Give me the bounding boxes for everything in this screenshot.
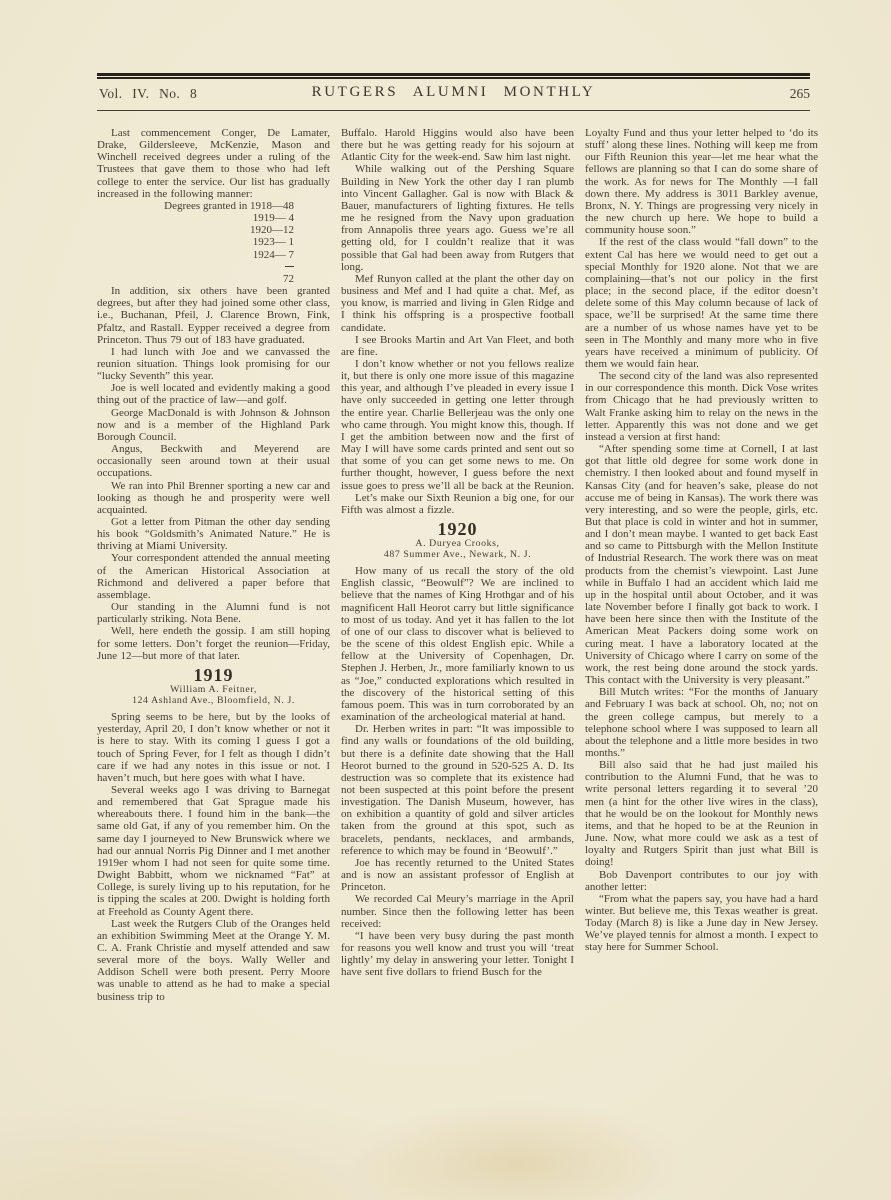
degrees-row: 1923— 1 bbox=[97, 236, 294, 248]
degrees-row: 1920—12 bbox=[97, 224, 294, 236]
paragraph: Joe has recently returned to the United … bbox=[341, 857, 574, 893]
paragraph: Bill also said that he had just mailed h… bbox=[585, 759, 818, 868]
sum-rule bbox=[285, 266, 294, 267]
journal-title: RUTGERS ALUMNI MONTHLY bbox=[97, 84, 810, 101]
column-middle: Buffalo. Harold Higgins would also have … bbox=[341, 127, 574, 1003]
paragraph: Joe is well located and evidently making… bbox=[97, 382, 330, 406]
byline-address: 487 Summer Ave., Newark, N. J. bbox=[341, 549, 574, 560]
paragraph: Last commencement Conger, De Lamater, Dr… bbox=[97, 127, 330, 200]
paragraph: We ran into Phil Brenner sporting a new … bbox=[97, 480, 330, 516]
class-1920-heading: 1920 bbox=[341, 523, 574, 535]
page-header: Vol. IV. No. 8 RUTGERS ALUMNI MONTHLY 26… bbox=[97, 84, 810, 106]
degrees-granted-list: Degrees granted in 1918—48 1919— 4 1920—… bbox=[97, 200, 294, 285]
three-column-text: Last commencement Conger, De Lamater, Dr… bbox=[97, 127, 819, 1003]
column-right: Loyalty Fund and thus your letter helped… bbox=[585, 127, 818, 1003]
degrees-sum-rule-row bbox=[97, 261, 294, 273]
byline-address: 124 Ashland Ave., Bloomfield, N. J. bbox=[97, 695, 330, 706]
paragraph: Bill Mutch writes: “For the months of Ja… bbox=[585, 686, 818, 759]
paragraph: How many of us recall the story of the o… bbox=[341, 565, 574, 723]
paragraph: We recorded Cal Meury’s marriage in the … bbox=[341, 893, 574, 929]
degrees-row: Degrees granted in 1918—48 bbox=[97, 200, 294, 212]
paragraph: I see Brooks Martin and Art Van Fleet, a… bbox=[341, 334, 574, 358]
magazine-scan-page: Vol. IV. No. 8 RUTGERS ALUMNI MONTHLY 26… bbox=[0, 0, 891, 1200]
paragraph: Angus, Beckwith and Meyerend are occasio… bbox=[97, 443, 330, 479]
paragraph: “After spending some time at Cornell, I … bbox=[585, 443, 818, 686]
paragraph: In addition, six others have been grante… bbox=[97, 285, 330, 346]
paragraph: “From what the papers say, you have had … bbox=[585, 893, 818, 954]
paragraph: If the rest of the class would “fall dow… bbox=[585, 236, 818, 370]
paragraph: Dr. Herben writes in part: “It was impos… bbox=[341, 723, 574, 857]
header-single-rule bbox=[97, 110, 810, 111]
paragraph: Our standing in the Alumni fund is not p… bbox=[97, 601, 330, 625]
paragraph: George MacDonald is with Johnson & Johns… bbox=[97, 407, 330, 443]
degrees-intro: Degrees granted in bbox=[164, 200, 247, 212]
paragraph: I don’t know whether or not you fellows … bbox=[341, 358, 574, 492]
paragraph: The second city of the land was also rep… bbox=[585, 370, 818, 443]
page-number: 265 bbox=[790, 86, 810, 102]
byline-name: William A. Feitner, bbox=[97, 684, 330, 695]
degrees-total: 72 bbox=[97, 273, 294, 285]
paragraph: Several weeks ago I was driving to Barne… bbox=[97, 784, 330, 918]
paragraph: Loyalty Fund and thus your letter helped… bbox=[585, 127, 818, 236]
paragraph: Spring seems to be here, but by the look… bbox=[97, 711, 330, 784]
paragraph: Let’s make our Sixth Reunion a big one, … bbox=[341, 492, 574, 516]
paragraph: While walking out of the Pershing Square… bbox=[341, 163, 574, 272]
degrees-row: 1924— 7 bbox=[97, 249, 294, 261]
paragraph: Mef Runyon called at the plant the other… bbox=[341, 273, 574, 334]
paragraph: I had lunch with Joe and we canvassed th… bbox=[97, 346, 330, 382]
header-double-rule bbox=[97, 73, 810, 79]
paragraph: Last week the Rutgers Club of the Orange… bbox=[97, 918, 330, 1003]
degrees-value: 1918—48 bbox=[250, 200, 294, 212]
paragraph: Bob Davenport contributes to our joy wit… bbox=[585, 869, 818, 893]
paragraph: Got a letter from Pitman the other day s… bbox=[97, 516, 330, 552]
paragraph: Well, here endeth the gossip. I am still… bbox=[97, 625, 330, 661]
class-1919-heading: 1919 bbox=[97, 669, 330, 681]
byline-name: A. Duryea Crooks, bbox=[341, 538, 574, 549]
paragraph: Your correspondent attended the annual m… bbox=[97, 552, 330, 601]
paragraph: “I have been very busy during the past m… bbox=[341, 930, 574, 979]
degrees-row: 1919— 4 bbox=[97, 212, 294, 224]
paragraph: Buffalo. Harold Higgins would also have … bbox=[341, 127, 574, 163]
column-left: Last commencement Conger, De Lamater, Dr… bbox=[97, 127, 330, 1003]
